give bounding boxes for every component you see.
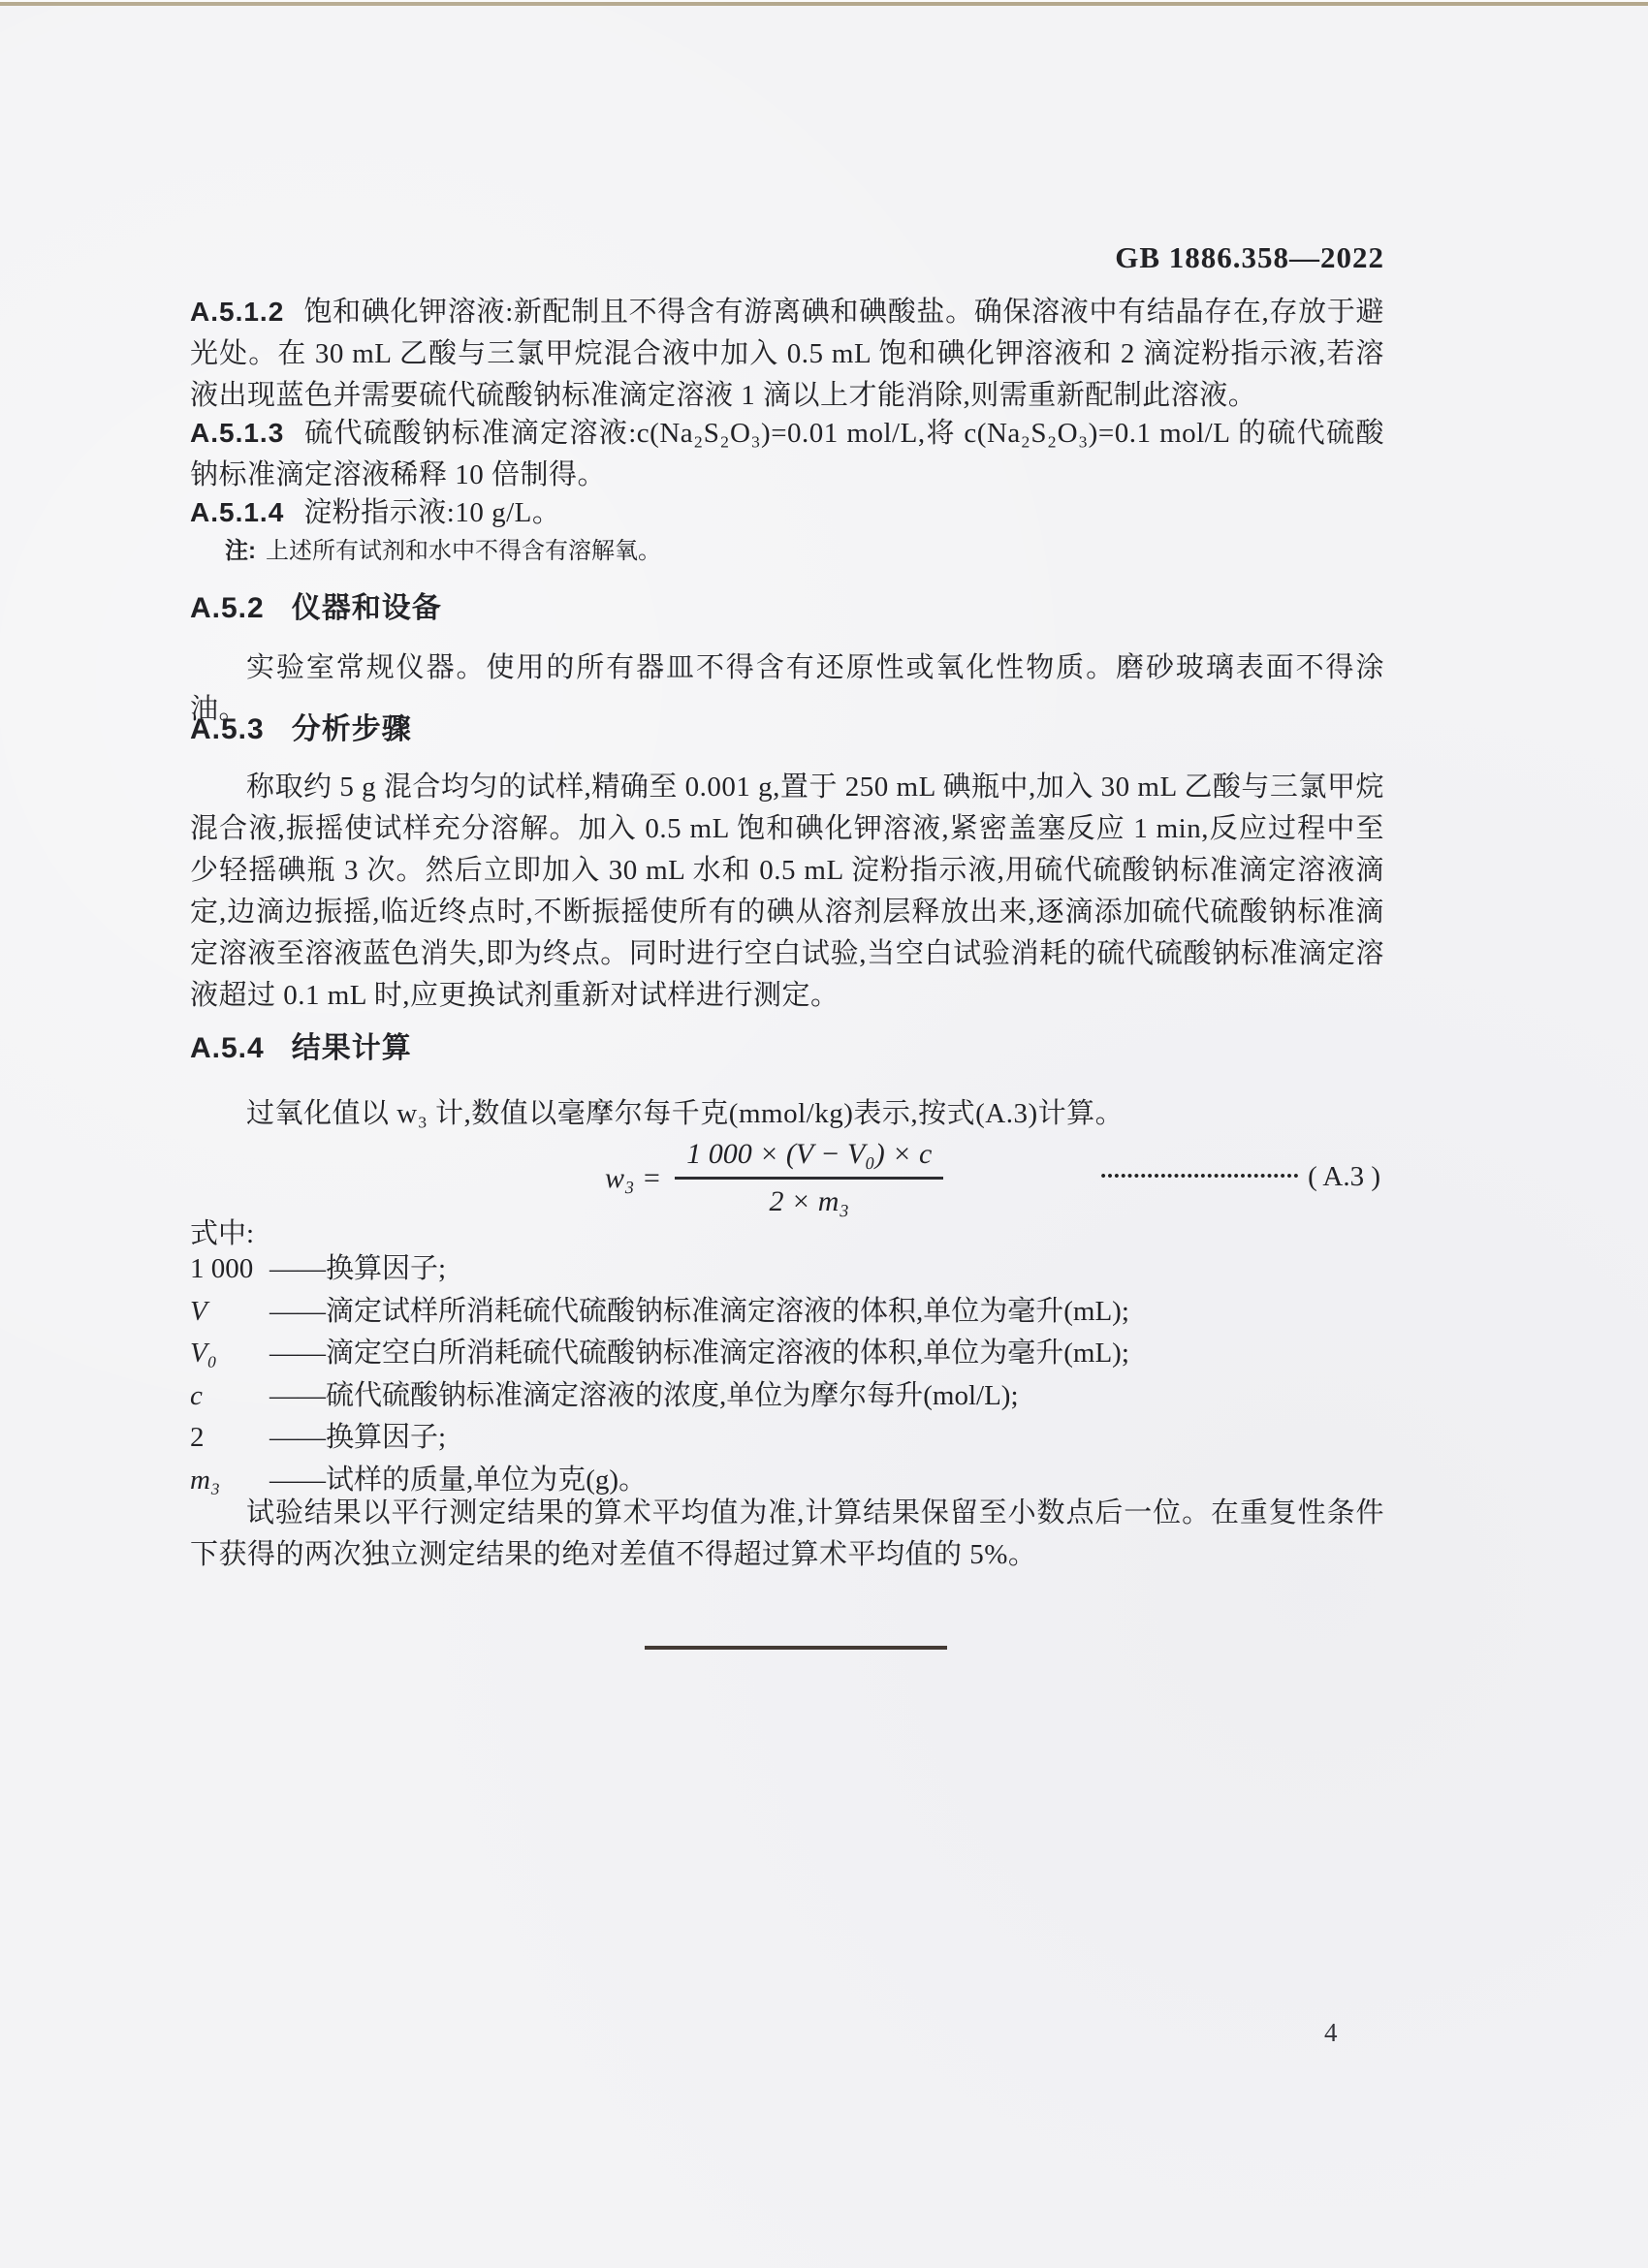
heading-a53: A.5.3分析步骤 (190, 710, 1384, 749)
term-symbol: 1 000 (190, 1248, 269, 1291)
standard-code-text: GB 1886.358—2022 (1115, 240, 1384, 274)
equation-reference: •••••••••••••••••••••••••••••• ( A.3 ) (1101, 1161, 1380, 1193)
term-symbol: 2 (190, 1417, 269, 1460)
clause-a513-text: 硫代硫酸钠标准滴定溶液:c(Na₂S₂O₃)=0.01 mol/L,将 c(Na… (190, 418, 1384, 490)
clause-a512-text: 饱和碘化钾溶液:新配制且不得含有游离碘和碘酸盐。确保溶液中有结晶存在,存放于避光… (190, 297, 1384, 411)
term-row-2: 2——换算因子; (190, 1417, 1384, 1460)
page-number: 4 (1324, 2018, 1338, 2048)
heading-a54-number: A.5.4 (190, 1032, 265, 1064)
term-description: ——滴定空白所消耗硫代硫酸钠标准滴定溶液的体积,单位为毫升(mL); (269, 1333, 1384, 1375)
closing-paragraph: 试验结果以平行测定结果的算术平均值为准,计算结果保留至小数点后一位。在重复性条件… (190, 1493, 1384, 1576)
paragraph-a53: 称取约 5 g 混合均匀的试样,精确至 0.001 g,置于 250 mL 碘瓶… (190, 767, 1384, 1017)
paragraph-a54-intro: 过氧化值以 w₃ 计,数值以毫摩尔每千克(mmol/kg)表示,按式(A.3)计… (190, 1093, 1384, 1135)
heading-a52-title: 仪器和设备 (292, 592, 442, 624)
heading-a53-title: 分析步骤 (292, 713, 412, 745)
note-line: 注:上述所有试剂和水中不得含有溶解氧。 (190, 535, 1419, 568)
clause-a514-text: 淀粉指示液:10 g/L。 (303, 497, 560, 528)
heading-a52: A.5.2仪器和设备 (190, 589, 1384, 628)
heading-a52-number: A.5.2 (190, 592, 265, 624)
equation-numerator: 1 000 × (V − V₀) × c (675, 1138, 943, 1180)
term-symbol: V (190, 1291, 269, 1334)
clause-a514-number: A.5.1.4 (190, 497, 284, 527)
heading-a54: A.5.4结果计算 (190, 1029, 1384, 1068)
equation-fraction: 1 000 × (V − V₀) × c 2 × m₃ (675, 1138, 943, 1218)
clause-a513: A.5.1.3硫代硫酸钠标准滴定溶液:c(Na₂S₂O₃)=0.01 mol/L… (190, 412, 1384, 496)
equation-number-label: ( A.3 ) (1308, 1161, 1380, 1193)
note-text: 上述所有试剂和水中不得含有溶解氧。 (266, 539, 661, 564)
equation-lhs: w₃ = (605, 1162, 661, 1195)
scanned-standard-page: { "header": { "standard_code": "GB 1886.… (0, 0, 1648, 2268)
end-of-annex-rule (645, 1646, 947, 1650)
term-description: ——硫代硫酸钠标准滴定溶液的浓度,单位为摩尔每升(mol/L); (269, 1375, 1384, 1418)
clause-a513-number: A.5.1.3 (190, 418, 284, 448)
term-symbol: c (190, 1375, 269, 1418)
heading-a53-number: A.5.3 (190, 713, 265, 745)
term-description: ——换算因子; (269, 1248, 1384, 1291)
equation-denominator: 2 × m₃ (675, 1180, 943, 1218)
equation-a3: w₃ = 1 000 × (V − V₀) × c 2 × m₃ •••••••… (190, 1132, 1384, 1225)
term-description: ——换算因子; (269, 1417, 1384, 1460)
scan-top-edge (0, 0, 1648, 8)
term-row-v: V——滴定试样所消耗硫代硫酸钠标准滴定溶液的体积,单位为毫升(mL); (190, 1291, 1384, 1334)
equation-expression: w₃ = 1 000 × (V − V₀) × c 2 × m₃ (605, 1138, 943, 1218)
term-symbol: V₀ (190, 1333, 269, 1375)
clause-a514: A.5.1.4淀粉指示液:10 g/L。 (190, 491, 1384, 534)
standard-code-header: GB 1886.358—2022 (190, 240, 1398, 275)
clause-a512: A.5.1.2饱和碘化钾溶液:新配制且不得含有游离碘和碘酸盐。确保溶液中有结晶存… (190, 291, 1384, 417)
clause-a512-number: A.5.1.2 (190, 297, 284, 327)
term-description: ——滴定试样所消耗硫代硫酸钠标准滴定溶液的体积,单位为毫升(mL); (269, 1291, 1384, 1334)
term-row-1000: 1 000——换算因子; (190, 1248, 1384, 1291)
equation-dotted-leader: •••••••••••••••••••••••••••••• (1101, 1169, 1301, 1185)
term-row-c: c——硫代硫酸钠标准滴定溶液的浓度,单位为摩尔每升(mol/L); (190, 1375, 1384, 1418)
symbol-definition-list: 1 000——换算因子; V——滴定试样所消耗硫代硫酸钠标准滴定溶液的体积,单位… (190, 1248, 1384, 1501)
note-label: 注: (225, 538, 256, 564)
heading-a54-title: 结果计算 (292, 1032, 412, 1064)
term-row-v0: V₀——滴定空白所消耗硫代硫酸钠标准滴定溶液的体积,单位为毫升(mL); (190, 1333, 1384, 1375)
